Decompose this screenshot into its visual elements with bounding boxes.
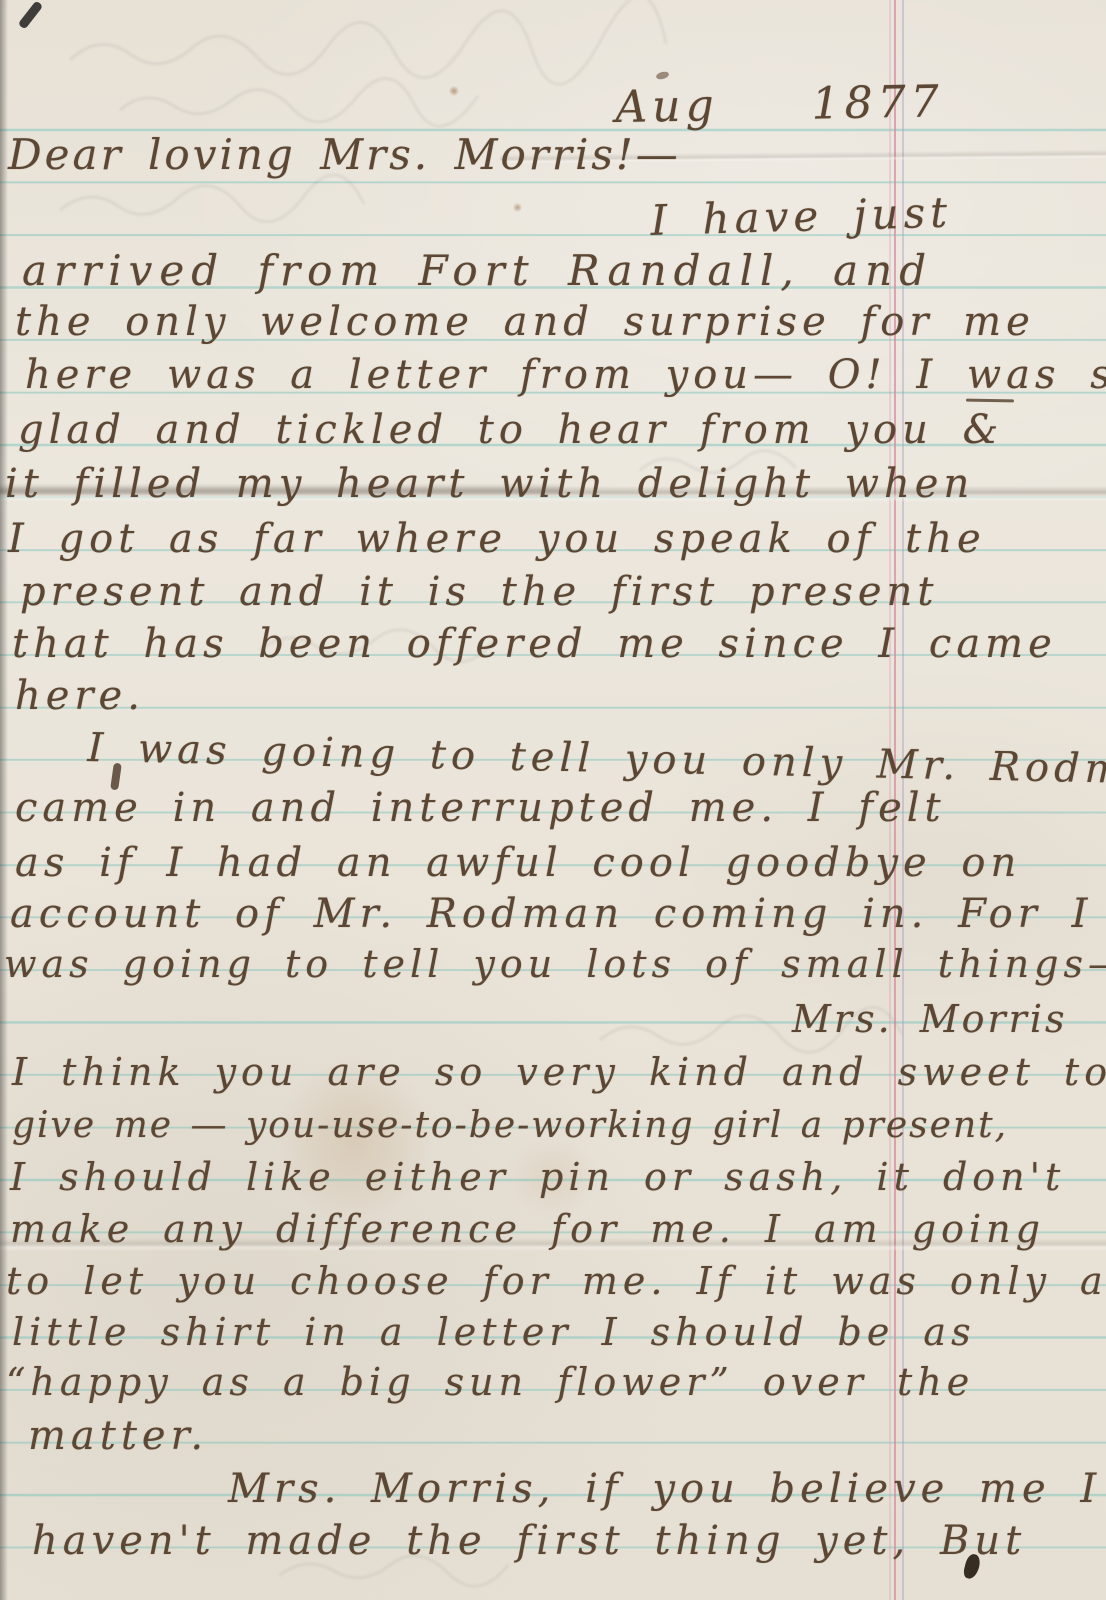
- letter-line: arrived from Fort Randall, and: [22, 249, 933, 293]
- letter-line: Mrs. Morris, if you believe me I: [228, 1468, 1101, 1510]
- recipient-name: Mrs. Morris: [792, 1000, 1068, 1040]
- letter-line: I should like either pin or sash, it don…: [10, 1158, 1065, 1198]
- letter-line: haven't made the first thing yet, But: [32, 1520, 1026, 1562]
- letter-line: that has been offered me since I came: [12, 623, 1057, 665]
- letter-line: glad and tickled to hear from you &: [18, 409, 1003, 451]
- underline-mark: [966, 399, 1014, 403]
- letter-line: give me — you-use-to-be-working girl a p…: [12, 1107, 1008, 1145]
- letter-line: it filled my heart with delight when: [5, 463, 974, 505]
- date-line: Aug 1877: [615, 79, 944, 131]
- letter-line: as if I had an awful cool goodbye on: [15, 842, 1021, 884]
- corner-ink-mark: [18, 0, 44, 29]
- letter-line: make any difference for me. I am going: [10, 1210, 1045, 1250]
- letter-line: I think you are so very kind and sweet t…: [12, 1053, 1106, 1093]
- letter-line: the only welcome and surprise for me: [15, 301, 1035, 343]
- ink-speck-1: [449, 86, 459, 96]
- letter-line: I got as far where you speak of the: [8, 518, 986, 560]
- ink-speck-2: [513, 203, 522, 212]
- letter-line: here was a letter from you— O! I was so: [25, 354, 1106, 396]
- letter-line: here.: [15, 675, 145, 717]
- letter-line: present and it is the first present: [20, 571, 938, 613]
- letter-page: Aug 1877 Dear loving Mrs. Morris!— I hav…: [0, 0, 1106, 1600]
- letter-line: came in and interrupted me. I felt: [15, 787, 946, 829]
- letter-line: to let you choose for me. If it was only…: [6, 1262, 1106, 1302]
- letter-line: I have just: [650, 191, 953, 243]
- salutation: Dear loving Mrs. Morris!—: [8, 133, 681, 177]
- letter-line: little shirt in a letter I should be as: [12, 1313, 976, 1353]
- ink-speck-3: [655, 70, 669, 80]
- letter-line: was going to tell you lots of small thin…: [4, 945, 1106, 985]
- letter-line: “happy as a big sun flower” over the: [6, 1363, 974, 1403]
- letter-line: account of Mr. Rodman coming in. For I: [10, 893, 1092, 935]
- letter-line: matter.: [28, 1415, 208, 1457]
- letter-line: I was going to tell you only Mr. Rodman: [87, 727, 1106, 792]
